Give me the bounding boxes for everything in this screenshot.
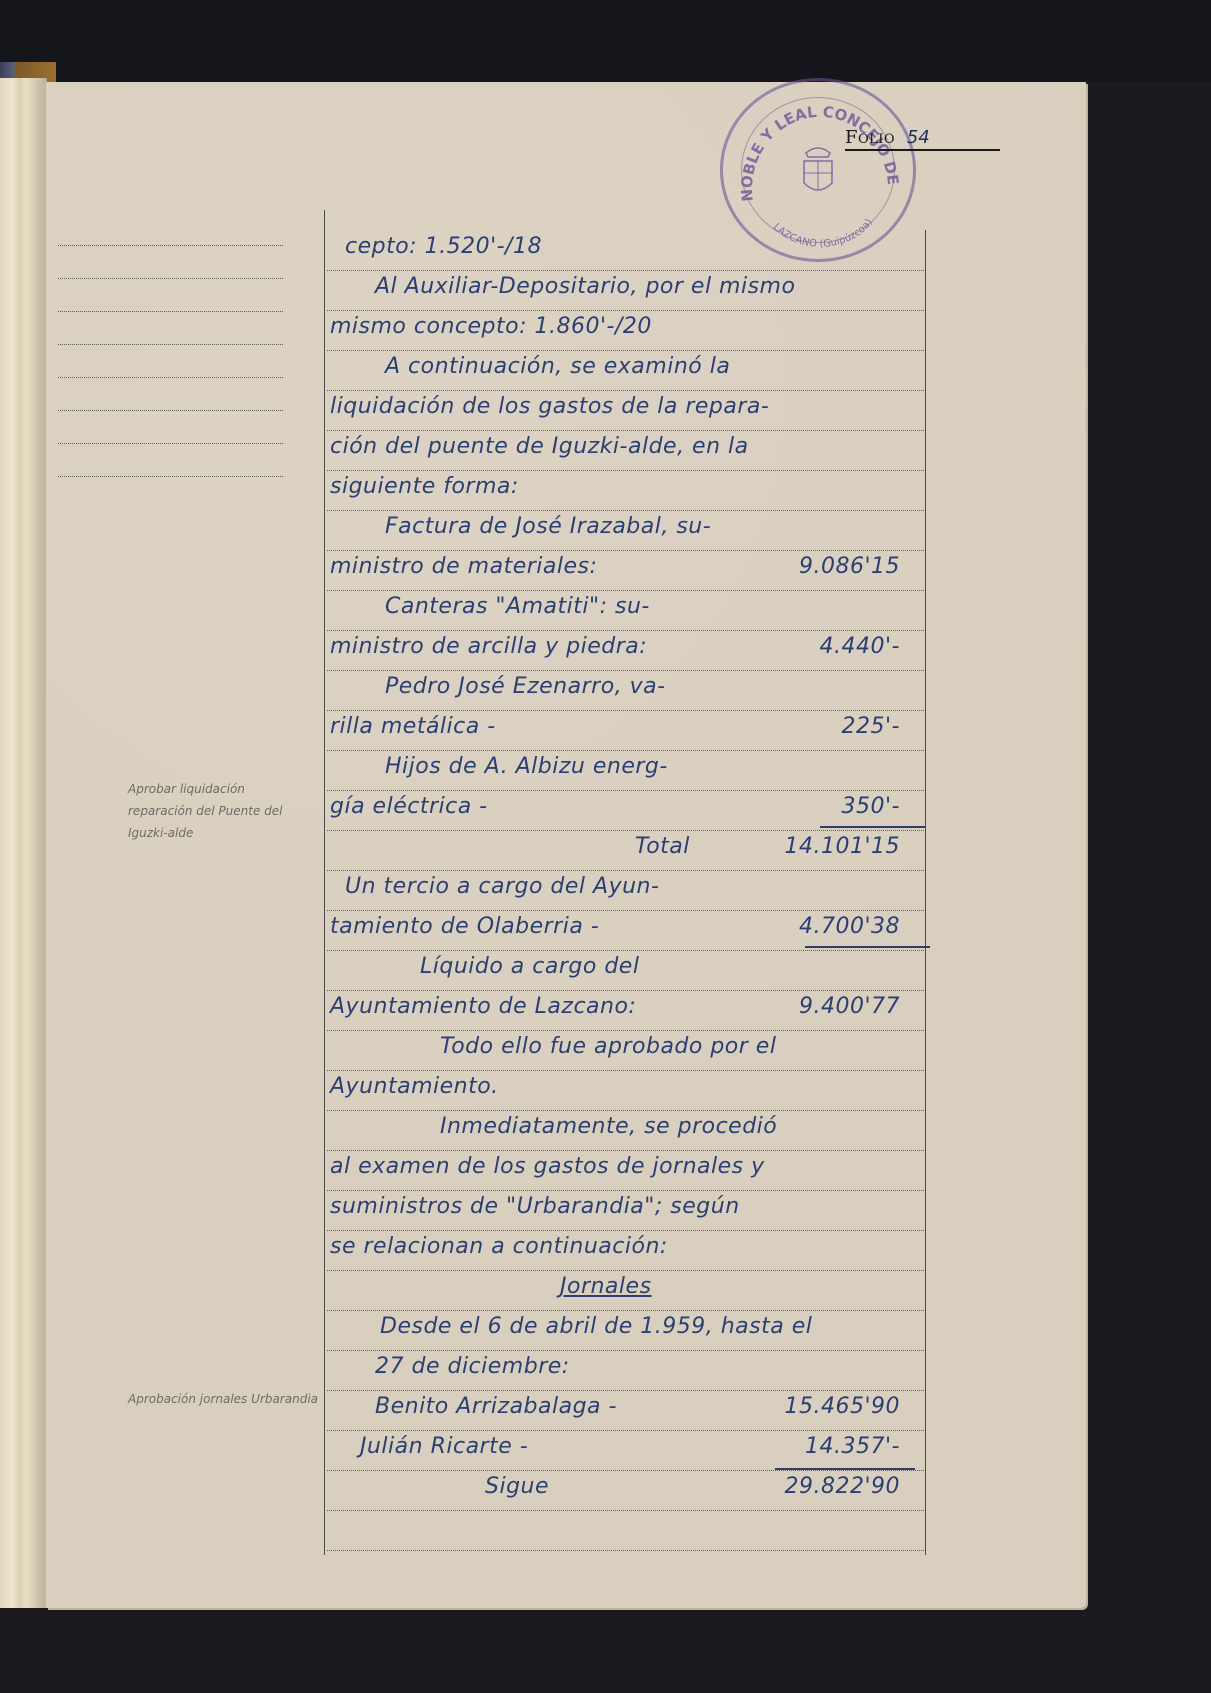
sum-underline	[805, 946, 930, 948]
handwritten-line: Ayuntamiento.	[330, 1074, 499, 1099]
handwritten-line: Julián Ricarte -	[360, 1434, 528, 1459]
handwritten-line: suministros de "Urbarandia"; según	[330, 1194, 740, 1219]
total-label: Total	[635, 834, 690, 859]
carry-forward-label: Sigue	[485, 1474, 549, 1499]
folio-number: Folio 54	[845, 127, 1000, 151]
margin-note-wages-approval: Aprobación jornales Urbarandia	[128, 1392, 318, 1406]
municipal-seal-stamp: NOBLE Y LEAL CONCEJO DE LAZCANO (Guipúzc…	[720, 78, 916, 262]
margin-column-rule	[324, 210, 325, 1555]
handwritten-line: mismo concepto: 1.860'-/20	[330, 314, 652, 339]
scanner-background	[0, 0, 1211, 82]
margin-note-bridge-approval: Aprobar liquidación reparación del Puent…	[128, 778, 298, 844]
handwritten-line: Inmediatamente, se procedió	[440, 1114, 777, 1139]
amount-electric: 350'-	[740, 794, 900, 819]
sum-underline	[775, 1468, 915, 1470]
folio-value: 54	[907, 127, 930, 148]
amount-carry-forward: 29.822'90	[740, 1474, 900, 1499]
amount-materials: 9.086'15	[740, 554, 900, 579]
handwritten-line: A continuación, se examinó la	[385, 354, 730, 379]
amount-worker-2: 14.357'-	[740, 1434, 900, 1459]
coat-of-arms-icon	[798, 141, 838, 197]
handwritten-line: Desde el 6 de abril de 1.959, hasta el	[380, 1314, 812, 1339]
book-spine-leaves	[0, 78, 47, 1608]
handwritten-line: Hijos de A. Albizu energ-	[385, 754, 668, 779]
handwritten-line: rilla metálica -	[330, 714, 496, 739]
handwritten-line: siguiente forma:	[330, 474, 519, 499]
svg-text:LAZCANO (Guipúzcoa): LAZCANO (Guipúzcoa)	[771, 217, 875, 250]
handwritten-line: Al Auxiliar-Depositario, por el mismo	[375, 274, 795, 299]
handwritten-line: Factura de José Irazabal, su-	[385, 514, 711, 539]
handwritten-line: Ayuntamiento de Lazcano:	[330, 994, 636, 1019]
handwritten-line: se relacionan a continuación:	[330, 1234, 668, 1259]
folio-label: Folio	[845, 127, 895, 148]
handwritten-line: cepto: 1.520'-/18	[345, 234, 542, 259]
amount-worker-1: 15.465'90	[740, 1394, 900, 1419]
handwritten-line: Líquido a cargo del	[420, 954, 639, 979]
right-column-rule	[925, 230, 926, 1555]
amount-lazcano-net: 9.400'77	[740, 994, 900, 1019]
handwritten-line: Todo ello fue aprobado por el	[440, 1034, 776, 1059]
handwritten-line: liquidación de los gastos de la repara-	[330, 394, 769, 419]
section-heading-jornales: Jornales	[560, 1274, 652, 1299]
seal-text-bottom: LAZCANO (Guipúzcoa)	[771, 217, 875, 250]
handwritten-line: ministro de materiales:	[330, 554, 597, 579]
handwritten-line: Canteras "Amatiti": su-	[385, 594, 650, 619]
handwritten-line: 27 de diciembre:	[375, 1354, 570, 1379]
handwritten-line: al examen de los gastos de jornales y	[330, 1154, 765, 1179]
amount-rod: 225'-	[740, 714, 900, 739]
handwritten-line: Pedro José Ezenarro, va-	[385, 674, 666, 699]
handwritten-line: gía eléctrica -	[330, 794, 488, 819]
amount-total: 14.101'15	[740, 834, 900, 859]
handwritten-line: Benito Arrizabalaga -	[375, 1394, 617, 1419]
handwritten-line: Un tercio a cargo del Ayun-	[345, 874, 659, 899]
handwritten-line: ción del puente de Iguzki-alde, en la	[330, 434, 749, 459]
handwritten-line: ministro de arcilla y piedra:	[330, 634, 647, 659]
handwritten-line: tamiento de Olaberria -	[330, 914, 599, 939]
sum-underline	[820, 826, 925, 828]
amount-olaberria-share: 4.700'38	[740, 914, 900, 939]
amount-quarry: 4.440'-	[740, 634, 900, 659]
